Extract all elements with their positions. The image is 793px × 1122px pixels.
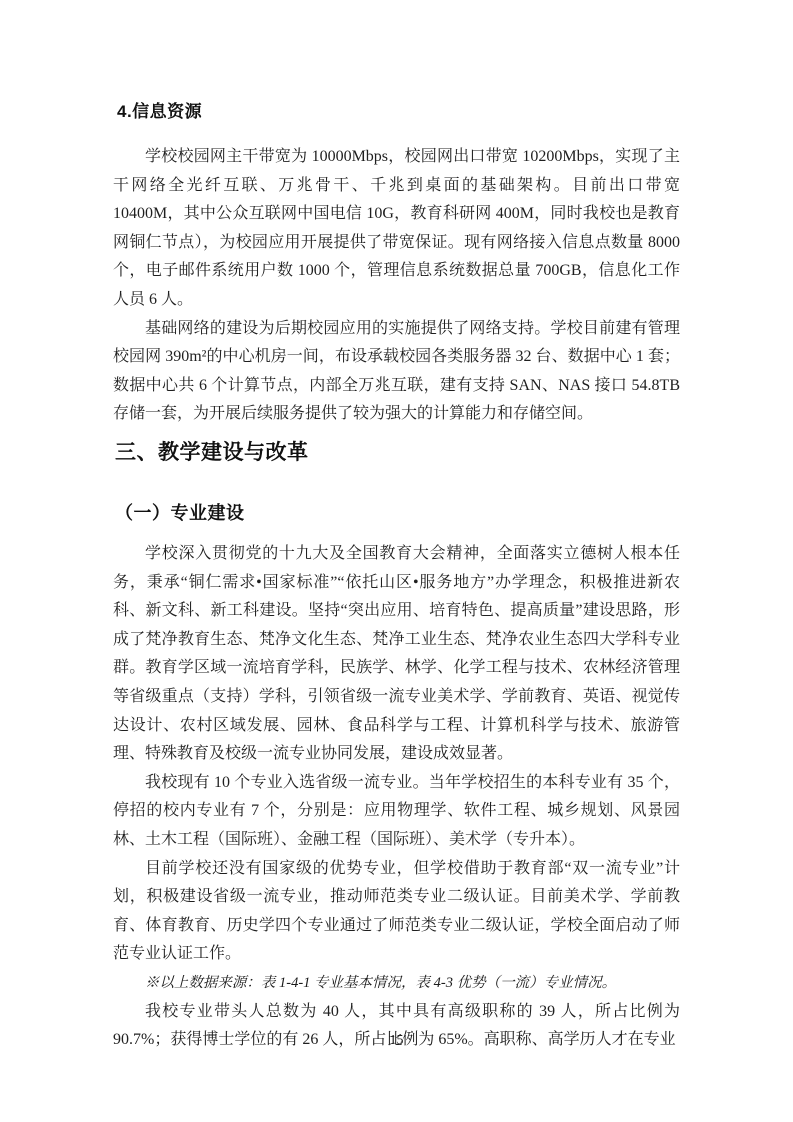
paragraph-major-enrollment: 我校现有 10 个专业入选省级一流专业。当年学校招生的本科专业有 35 个，停招… xyxy=(113,769,680,855)
page-number: 15 xyxy=(0,1033,793,1049)
paragraph-major-certification: 目前学校还没有国家级的优势专业，但学校借助于教育部“双一流专业”计划，积极建设省… xyxy=(113,855,680,969)
chapter-heading-teaching-construction: 三、教学建设与改革 xyxy=(115,438,682,468)
paragraph-network-infrastructure: 基础网络的建设为后期校园应用的实施提供了网络支持。学校目前建有管理校园网 390… xyxy=(113,315,680,429)
info-section-body: 学校校园网主干带宽为 10000Mbps，校园网出口带宽 10200Mbps，实… xyxy=(113,143,680,429)
data-source-note: ※以上数据来源：表 1-4-1 专业基本情况，表 4-3 优势（一流）专业情况。 xyxy=(113,969,680,998)
document-page: 4.信息资源 学校校园网主干带宽为 10000Mbps，校园网出口带宽 1020… xyxy=(0,0,793,1122)
paragraph-network-bandwidth: 学校校园网主干带宽为 10000Mbps，校园网出口带宽 10200Mbps，实… xyxy=(113,143,680,315)
paragraph-major-overview: 学校深入贯彻党的十九大及全国教育大会精神，全面落实立德树人根本任务，秉承“铜仁需… xyxy=(113,540,680,769)
subsection-heading-major-construction: （一）专业建设 xyxy=(115,500,682,526)
major-section-body: 学校深入贯彻党的十九大及全国教育大会精神，全面落实立德树人根本任务，秉承“铜仁需… xyxy=(113,540,680,1055)
section-heading-info-resources: 4.信息资源 xyxy=(117,100,684,124)
